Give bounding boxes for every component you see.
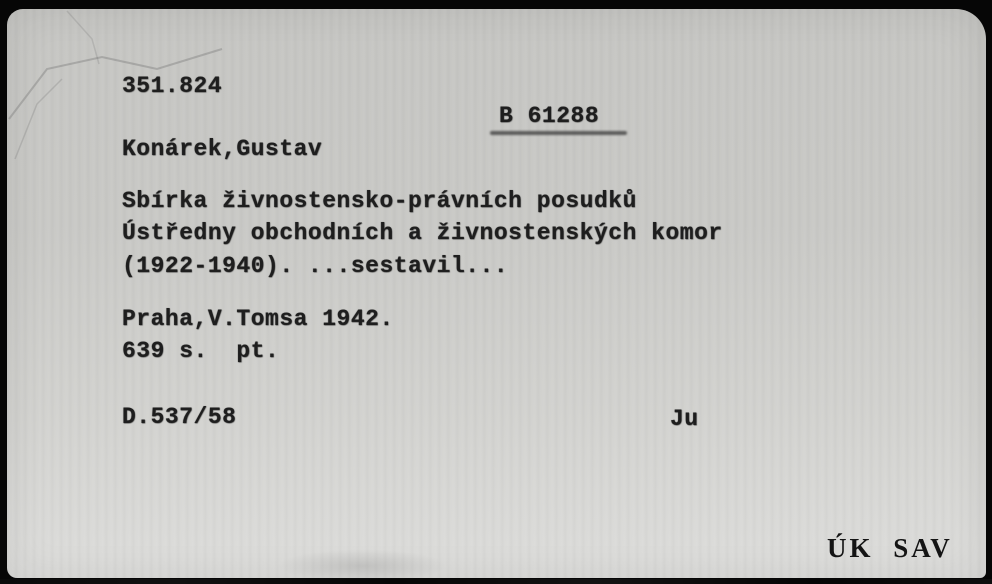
call-number-underline xyxy=(490,131,627,135)
title-line: (1922-1940). ...sestavil... xyxy=(122,250,508,282)
scan-edge-artifact xyxy=(0,579,992,584)
title-line: Ústředny obchodních a živnostenských kom… xyxy=(122,217,723,249)
catalog-card: 351.824 B 61288 Konárek,Gustav Sbírka ži… xyxy=(7,9,986,578)
smudge-mark xyxy=(277,549,447,583)
scan-background: 351.824 B 61288 Konárek,Gustav Sbírka ži… xyxy=(0,0,992,584)
imprint-line: Praha,V.Tomsa 1942. xyxy=(122,303,394,335)
classification-number: 351.824 xyxy=(122,70,222,102)
collation-line: 639 s. pt. xyxy=(122,335,279,367)
cataloguer-initials: Ju xyxy=(670,403,699,435)
call-number: B 61288 xyxy=(499,100,599,134)
title-line: Sbírka živnostensko-právních posudků xyxy=(122,185,637,217)
accession-number: D.537/58 xyxy=(122,401,236,433)
author-line: Konárek,Gustav xyxy=(122,133,322,165)
library-stamp: ÚK SAV xyxy=(827,533,953,564)
